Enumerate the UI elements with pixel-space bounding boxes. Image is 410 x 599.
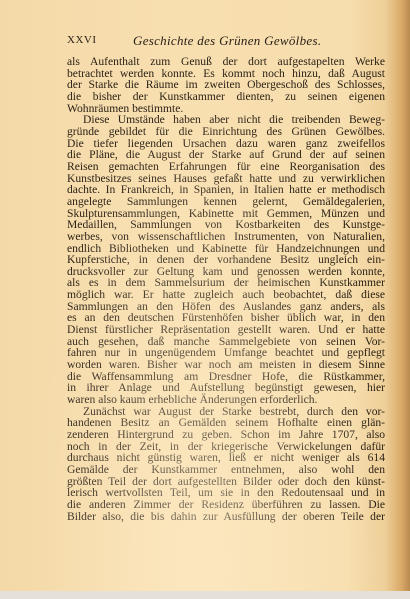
paragraph-1: als Aufenthalt zum Genuß der dort aufges… <box>67 56 385 114</box>
page-header: XXVI Geschichte des Grünen Gewölbes. <box>67 33 347 49</box>
text-line: gründe gebildet für die Einrichtung des … <box>67 126 385 138</box>
page-bottom-edge <box>0 591 410 599</box>
book-page: XXVI Geschichte des Grünen Gewölbes. als… <box>0 0 410 591</box>
text-line: werbes, von wissenschaftlichen Instrumen… <box>67 231 385 243</box>
text-line: waren also kaum erhebliche Änderungen er… <box>67 394 385 406</box>
text-line: als Aufenthalt zum Genuß der dort aufges… <box>67 56 385 68</box>
paragraph-2: Diese Umstände haben aber nicht die trei… <box>67 114 385 405</box>
body-text: als Aufenthalt zum Genuß der dort aufges… <box>67 56 385 522</box>
text-line: die anderen Zimmer der Residenz überführ… <box>67 499 385 511</box>
text-line: worden waren. Bisher war noch am meisten… <box>67 359 385 371</box>
page-number: XXVI <box>67 34 97 46</box>
paragraph-3: Zunächst war August der Starke bestrebt,… <box>67 406 385 523</box>
text-line: angelegte Sammlungen kennen gelernt, Gem… <box>67 196 385 208</box>
text-line: Bilder also, die bis dahin zur Ausfüllun… <box>67 511 385 523</box>
text-line: zenderen Hintergrund zu geben. Schon im … <box>67 429 385 441</box>
running-title: Geschichte des Grünen Gewölbes. <box>133 33 321 49</box>
text-line: Dienst fürstlicher Repräsentation gestel… <box>67 324 385 336</box>
text-line: die bisher der Kunstkammer dienten, zu s… <box>67 91 385 103</box>
text-line: Gemälde der Kunstkammer entnehmen, also … <box>67 464 385 476</box>
text-line: Reisen gemachten Erfahrungen für eine Re… <box>67 161 385 173</box>
